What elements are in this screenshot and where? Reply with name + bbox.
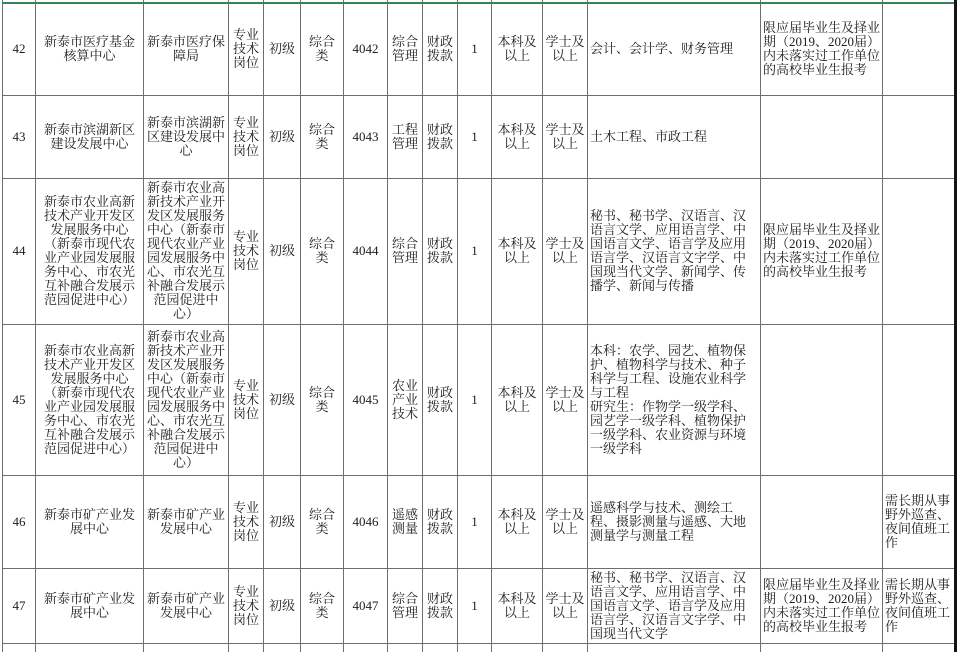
post-type-cell: 专业技术岗位 <box>229 475 264 568</box>
empty-cell <box>492 643 543 652</box>
table-row: 42新泰市医疗基金核算中心新泰市医疗保障局专业技术岗位初级综合类4042综合管理… <box>3 3 956 95</box>
post-code-cell: 4045 <box>344 324 388 475</box>
employer-cell: 新泰市农业高新技术产业开发区发展服务中心（新泰市现代农业产业园发展服务中心、市农… <box>36 178 144 324</box>
degree-cell: 学士及以上 <box>543 178 588 324</box>
majors-cell: 遥感科学与技术、测绘工程、摄影测量与遥感、大地测量学与测量工程 <box>588 475 761 568</box>
post-code-cell: 4042 <box>344 3 388 95</box>
post-category-cell: 综合类 <box>301 3 344 95</box>
empty-cell <box>3 643 36 652</box>
post-category-cell: 综合类 <box>301 95 344 178</box>
post-name-cell: 工程管理 <box>388 95 423 178</box>
table-row: 46新泰市矿产业发展中心新泰市矿产业发展中心专业技术岗位初级综合类4046遥感测… <box>3 475 956 568</box>
empty-cell <box>144 643 229 652</box>
degree-cell: 学士及以上 <box>543 95 588 178</box>
funding-source-cell: 财政拨款 <box>423 3 458 95</box>
post-name-cell: 综合管理 <box>388 3 423 95</box>
degree-cell: 学士及以上 <box>543 324 588 475</box>
funding-source-cell: 财政拨款 <box>423 475 458 568</box>
headcount-cell: 1 <box>458 178 492 324</box>
other-condition-cell: 需长期从事野外巡查、夜间值班工作 <box>883 475 956 568</box>
employer-cell: 新泰市滨湖新区建设发展中心 <box>36 95 144 178</box>
funding-source-cell: 财政拨款 <box>423 324 458 475</box>
employer-cell: 新泰市矿产业发展中心 <box>36 568 144 643</box>
remark-cell <box>761 475 883 568</box>
competent-department-cell: 新泰市矿产业发展中心 <box>144 568 229 643</box>
empty-cell <box>761 643 883 652</box>
empty-cell <box>388 643 423 652</box>
majors-cell: 会计、会计学、财务管理 <box>588 3 761 95</box>
table-row: 45新泰市农业高新技术产业开发区发展服务中心（新泰市现代农业产业园发展服务中心、… <box>3 324 956 475</box>
empty-cell <box>229 643 264 652</box>
headcount-cell: 1 <box>458 3 492 95</box>
empty-cell <box>883 643 956 652</box>
headcount-cell: 1 <box>458 95 492 178</box>
post-type-cell: 专业技术岗位 <box>229 3 264 95</box>
degree-cell: 学士及以上 <box>543 475 588 568</box>
post-type-cell: 专业技术岗位 <box>229 178 264 324</box>
post-name-cell: 综合管理 <box>388 178 423 324</box>
competent-department-cell: 新泰市矿产业发展中心 <box>144 475 229 568</box>
empty-cell <box>344 643 388 652</box>
empty-cell <box>423 643 458 652</box>
education-cell: 本科及以上 <box>492 178 543 324</box>
post-category-cell: 综合类 <box>301 568 344 643</box>
majors-cell: 秘书、秘书学、汉语言、汉语言文学、应用语言学、中国语言文学、语言学及应用语言学、… <box>588 178 761 324</box>
competent-department-cell: 新泰市农业高新技术产业开发区发展服务中心（新泰市现代农业产业园发展服务中心、市农… <box>144 324 229 475</box>
empty-cell <box>458 643 492 652</box>
empty-cell <box>543 643 588 652</box>
education-cell: 本科及以上 <box>492 475 543 568</box>
empty-cell <box>264 643 301 652</box>
remark-cell: 限应届毕业生及择业期（2019、2020届）内未落实过工作单位的高校毕业生报考 <box>761 178 883 324</box>
remark-cell <box>761 324 883 475</box>
headcount-cell: 1 <box>458 475 492 568</box>
post-level-cell: 初级 <box>264 178 301 324</box>
table-row: 44新泰市农业高新技术产业开发区发展服务中心（新泰市现代农业产业园发展服务中心、… <box>3 178 956 324</box>
post-type-cell: 专业技术岗位 <box>229 95 264 178</box>
seq-cell: 47 <box>3 568 36 643</box>
seq-cell: 42 <box>3 3 36 95</box>
next-row-sliver <box>3 643 956 652</box>
post-code-cell: 4044 <box>344 178 388 324</box>
remark-cell: 限应届毕业生及择业期（2019、2020届）内未落实过工作单位的高校毕业生报考 <box>761 3 883 95</box>
post-name-cell: 农业产业技术 <box>388 324 423 475</box>
post-name-cell: 综合管理 <box>388 568 423 643</box>
seq-cell: 45 <box>3 324 36 475</box>
recruitment-position-table-sheet: 42新泰市医疗基金核算中心新泰市医疗保障局专业技术岗位初级综合类4042综合管理… <box>2 0 957 652</box>
employer-cell: 新泰市医疗基金核算中心 <box>36 3 144 95</box>
post-type-cell: 专业技术岗位 <box>229 324 264 475</box>
remark-cell <box>761 95 883 178</box>
post-name-cell: 遥感测量 <box>388 475 423 568</box>
funding-source-cell: 财政拨款 <box>423 95 458 178</box>
post-level-cell: 初级 <box>264 95 301 178</box>
table-row: 43新泰市滨湖新区建设发展中心新泰市滨湖新区建设发展中心专业技术岗位初级综合类4… <box>3 95 956 178</box>
remark-cell: 限应届毕业生及择业期（2019、2020届）内未落实过工作单位的高校毕业生报考 <box>761 568 883 643</box>
majors-cell: 秘书、秘书学、汉语言、汉语言文学、应用语言学、中国语言文学、语言学及应用语言学、… <box>588 568 761 643</box>
seq-cell: 46 <box>3 475 36 568</box>
post-category-cell: 综合类 <box>301 475 344 568</box>
headcount-cell: 1 <box>458 568 492 643</box>
degree-cell: 学士及以上 <box>543 3 588 95</box>
empty-cell <box>301 643 344 652</box>
table-row: 47新泰市矿产业发展中心新泰市矿产业发展中心专业技术岗位初级综合类4047综合管… <box>3 568 956 643</box>
post-type-cell: 专业技术岗位 <box>229 568 264 643</box>
other-condition-cell <box>883 3 956 95</box>
post-code-cell: 4047 <box>344 568 388 643</box>
employer-cell: 新泰市农业高新技术产业开发区发展服务中心（新泰市现代农业产业园发展服务中心、市农… <box>36 324 144 475</box>
post-level-cell: 初级 <box>264 324 301 475</box>
employer-cell: 新泰市矿产业发展中心 <box>36 475 144 568</box>
education-cell: 本科及以上 <box>492 95 543 178</box>
majors-cell: 本科：农学、园艺、植物保护、植物科学与技术、种子科学与工程、设施农业科学与工程 … <box>588 324 761 475</box>
majors-cell: 土木工程、市政工程 <box>588 95 761 178</box>
other-condition-cell <box>883 324 956 475</box>
other-condition-cell <box>883 178 956 324</box>
table-body: 42新泰市医疗基金核算中心新泰市医疗保障局专业技术岗位初级综合类4042综合管理… <box>3 3 956 643</box>
education-cell: 本科及以上 <box>492 568 543 643</box>
competent-department-cell: 新泰市医疗保障局 <box>144 3 229 95</box>
post-category-cell: 综合类 <box>301 178 344 324</box>
funding-source-cell: 财政拨款 <box>423 568 458 643</box>
post-category-cell: 综合类 <box>301 324 344 475</box>
competent-department-cell: 新泰市农业高新技术产业开发区发展服务中心（新泰市现代农业产业园发展服务中心、市农… <box>144 178 229 324</box>
seq-cell: 43 <box>3 95 36 178</box>
post-code-cell: 4046 <box>344 475 388 568</box>
other-condition-cell: 需长期从事野外巡查、夜间值班工作 <box>883 568 956 643</box>
headcount-cell: 1 <box>458 324 492 475</box>
post-level-cell: 初级 <box>264 568 301 643</box>
recruitment-position-table: 42新泰市医疗基金核算中心新泰市医疗保障局专业技术岗位初级综合类4042综合管理… <box>2 0 957 652</box>
post-code-cell: 4043 <box>344 95 388 178</box>
degree-cell: 学士及以上 <box>543 568 588 643</box>
funding-source-cell: 财政拨款 <box>423 178 458 324</box>
competent-department-cell: 新泰市滨湖新区建设发展中心 <box>144 95 229 178</box>
empty-cell <box>36 643 144 652</box>
seq-cell: 44 <box>3 178 36 324</box>
empty-cell <box>588 643 761 652</box>
other-condition-cell <box>883 95 956 178</box>
education-cell: 本科及以上 <box>492 324 543 475</box>
post-level-cell: 初级 <box>264 475 301 568</box>
post-level-cell: 初级 <box>264 3 301 95</box>
education-cell: 本科及以上 <box>492 3 543 95</box>
